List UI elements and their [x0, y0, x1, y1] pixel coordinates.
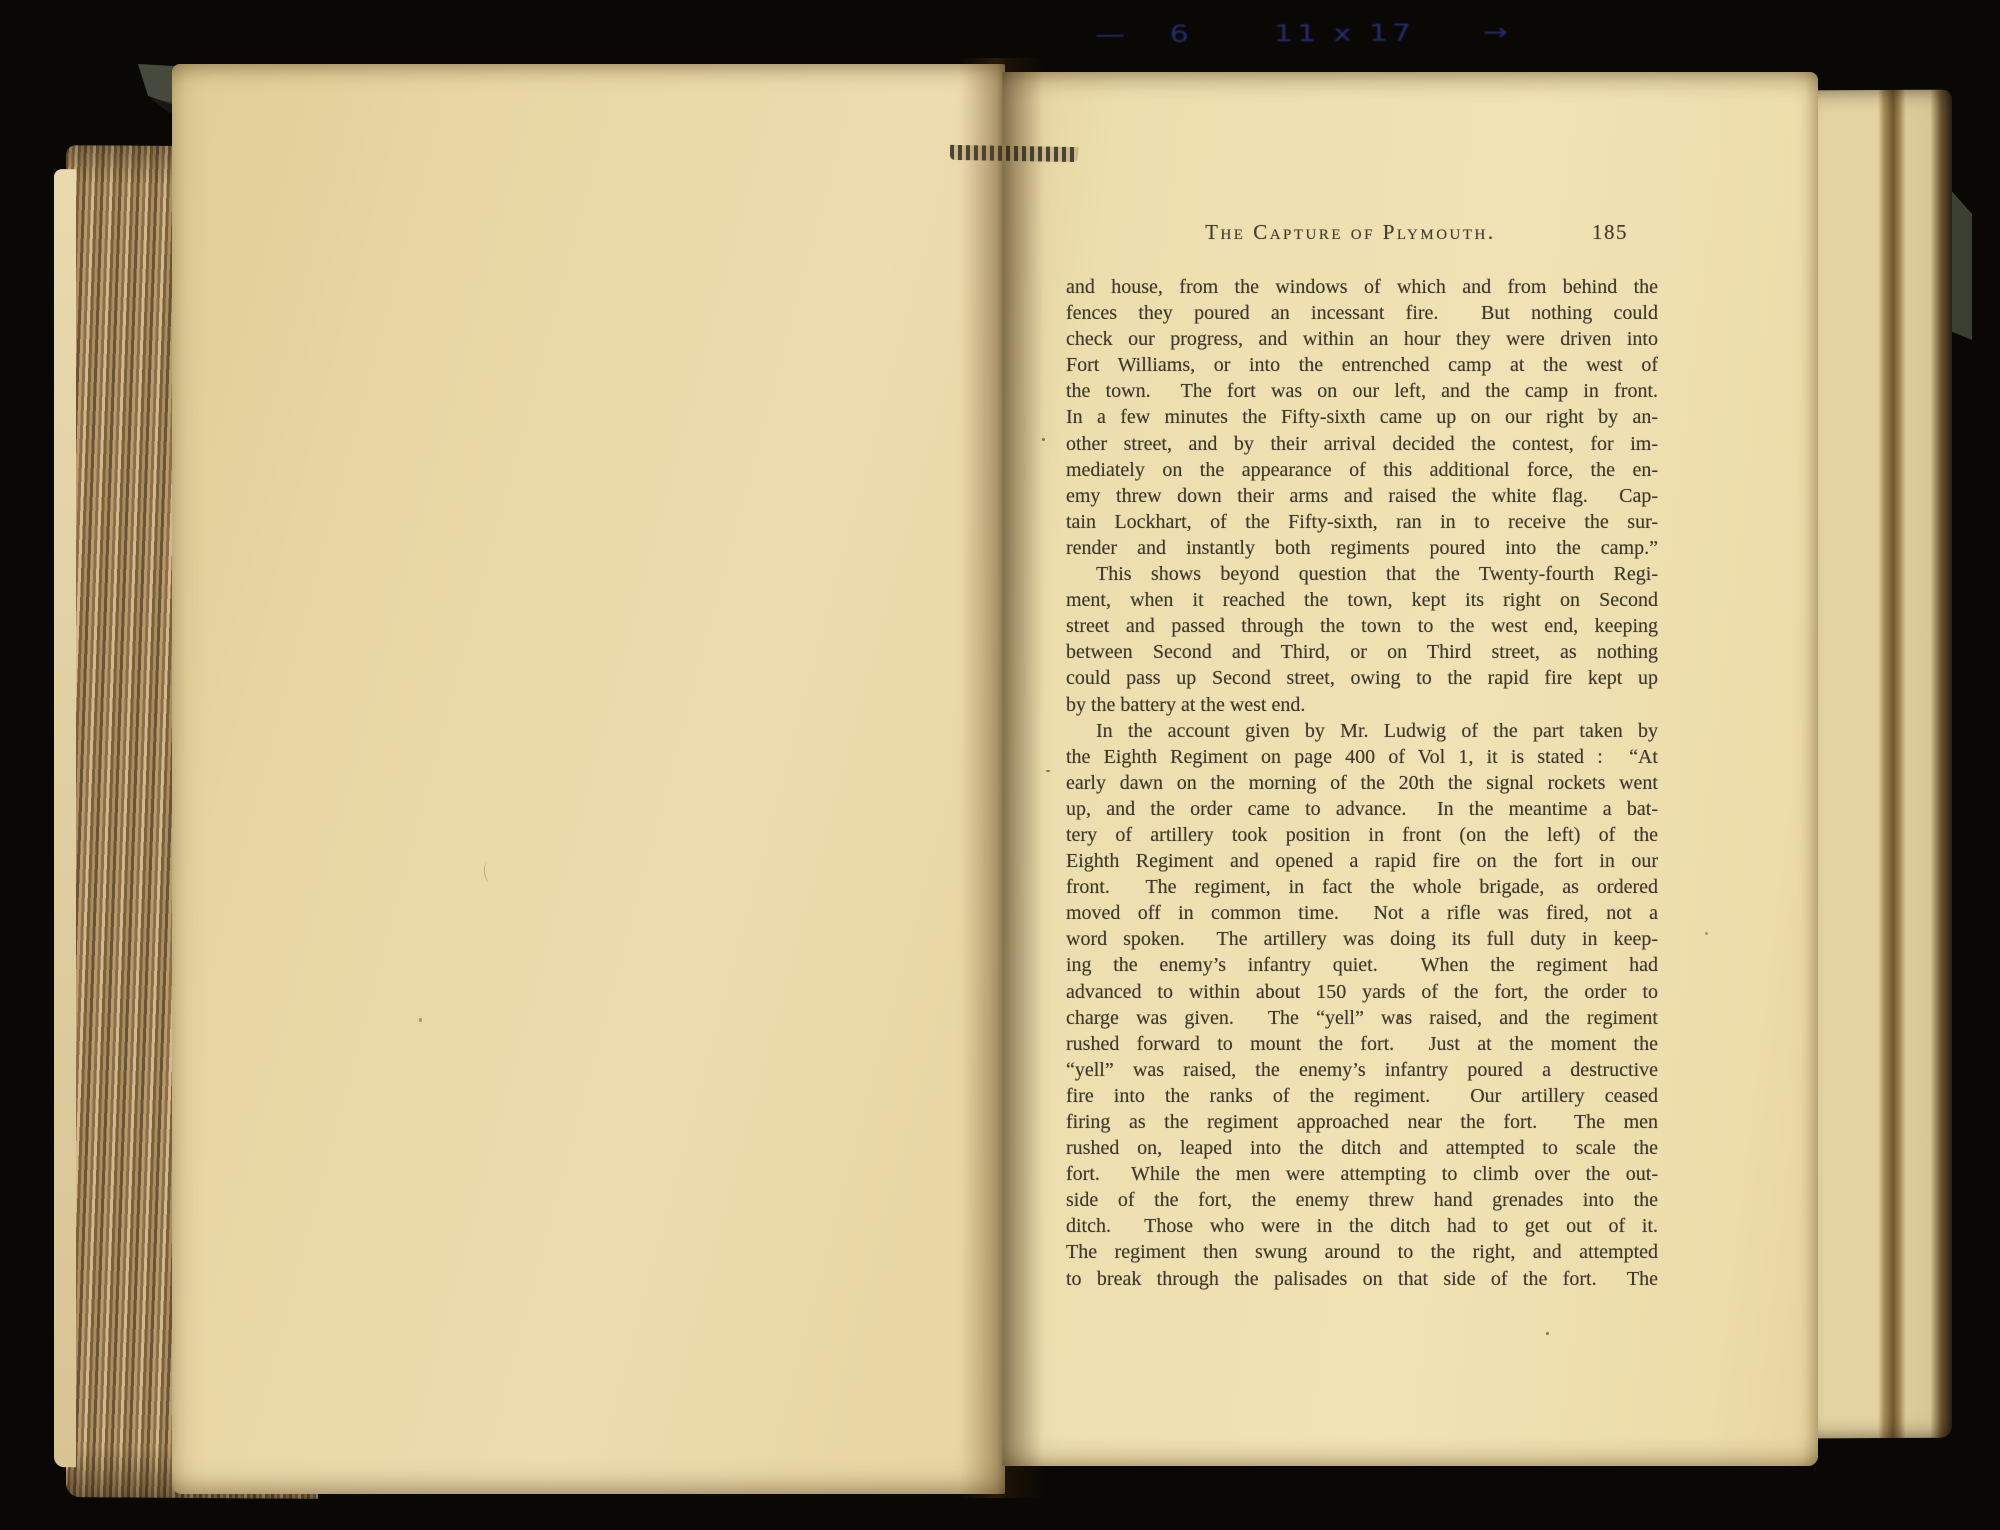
text-line-paragraph-end: by the battery at the west end.	[1066, 692, 1658, 718]
left-page-blank	[172, 64, 1005, 1494]
text-line: other street, and by their arrival decid…	[1066, 431, 1658, 457]
text-line: fences they poured an incessant fire. Bu…	[1066, 300, 1658, 326]
text-line: early dawn on the morning of the 20th th…	[1066, 770, 1658, 796]
text-line-paragraph-start: This shows beyond question that the Twen…	[1066, 561, 1658, 587]
text-line: In a few minutes the Fifty-sixth came up…	[1066, 404, 1658, 430]
foxing-speck	[1397, 1015, 1401, 1020]
text-line: “yell” was raised, the enemy’s infantry …	[1066, 1057, 1658, 1083]
text-line: fort. While the men were attempting to c…	[1066, 1161, 1658, 1187]
page-edges-right	[1814, 90, 1952, 1439]
text-line: The regiment then swung around to the ri…	[1066, 1239, 1658, 1265]
text-line-paragraph-start: In the account given by Mr. Ludwig of th…	[1066, 718, 1658, 744]
body-text: and house, from the windows of which and…	[1066, 274, 1658, 1292]
text-line: render and instantly both regiments pour…	[1066, 535, 1658, 561]
text-line: word spoken. The artillery was doing its…	[1066, 926, 1658, 952]
text-line: ment, when it reached the town, kept its…	[1066, 587, 1658, 613]
text-line: could pass up Second street, owing to th…	[1066, 665, 1658, 691]
text-line: advanced to within about 150 yards of th…	[1066, 979, 1658, 1005]
running-header-row: The Capture of Plymouth. 185	[1066, 220, 1658, 250]
text-line: up, and the order came to advance. In th…	[1066, 796, 1658, 822]
headband-stitching	[950, 145, 1078, 162]
text-line: moved off in common time. Not a rifle wa…	[1066, 900, 1658, 926]
text-line: check our progress, and within an hour t…	[1066, 326, 1658, 352]
text-line: between Second and Third, or on Third st…	[1066, 639, 1658, 665]
text-line: charge was given. The “yell” was raised,…	[1066, 1005, 1658, 1031]
book-scan-photo: — 6 11 x 17 → The Capture of Plymouth. 1…	[0, 0, 2000, 1530]
text-line: fire into the ranks of the regiment. Our…	[1066, 1083, 1658, 1109]
running-header-title: The Capture of Plymouth.	[1205, 220, 1496, 245]
text-line: the Eighth Regiment on page 400 of Vol 1…	[1066, 744, 1658, 770]
text-line: and house, from the windows of which and…	[1066, 274, 1658, 300]
blue-handwriting-note: — 6 11 x 17 →	[1095, 18, 1615, 48]
text-line: ditch. Those who were in the ditch had t…	[1066, 1213, 1658, 1239]
text-line: mediately on the appearance of this addi…	[1066, 457, 1658, 483]
text-line: rushed forward to mount the fort. Just a…	[1066, 1031, 1658, 1057]
text-line: firing as the regiment approached near t…	[1066, 1109, 1658, 1135]
foxing-speck	[1046, 770, 1050, 772]
foxing-speck	[1546, 1332, 1549, 1335]
text-line: ing the enemy’s infantry quiet. When the…	[1066, 952, 1658, 978]
text-line: emy threw down their arms and raised the…	[1066, 483, 1658, 509]
text-line: the town. The fort was on our left, and …	[1066, 378, 1658, 404]
text-line: side of the fort, the enemy threw hand g…	[1066, 1187, 1658, 1213]
page-number: 185	[1592, 220, 1628, 245]
text-line: rushed on, leaped into the ditch and att…	[1066, 1135, 1658, 1161]
right-page: The Capture of Plymouth. 185 and house, …	[1002, 72, 1818, 1466]
text-line: street and passed through the town to th…	[1066, 613, 1658, 639]
text-line: tain Lockhart, of the Fifty-sixth, ran i…	[1066, 509, 1658, 535]
text-line: Eighth Regiment and opened a rapid fire …	[1066, 848, 1658, 874]
text-line: front. The regiment, in fact the whole b…	[1066, 874, 1658, 900]
text-line: to break through the palisades on that s…	[1066, 1266, 1658, 1292]
foxing-speck	[419, 1018, 422, 1022]
foxing-speck	[1042, 438, 1045, 441]
foxing-speck	[1705, 932, 1708, 935]
text-line: tery of artillery took position in front…	[1066, 822, 1658, 848]
text-line: Fort Williams, or into the entrenched ca…	[1066, 352, 1658, 378]
